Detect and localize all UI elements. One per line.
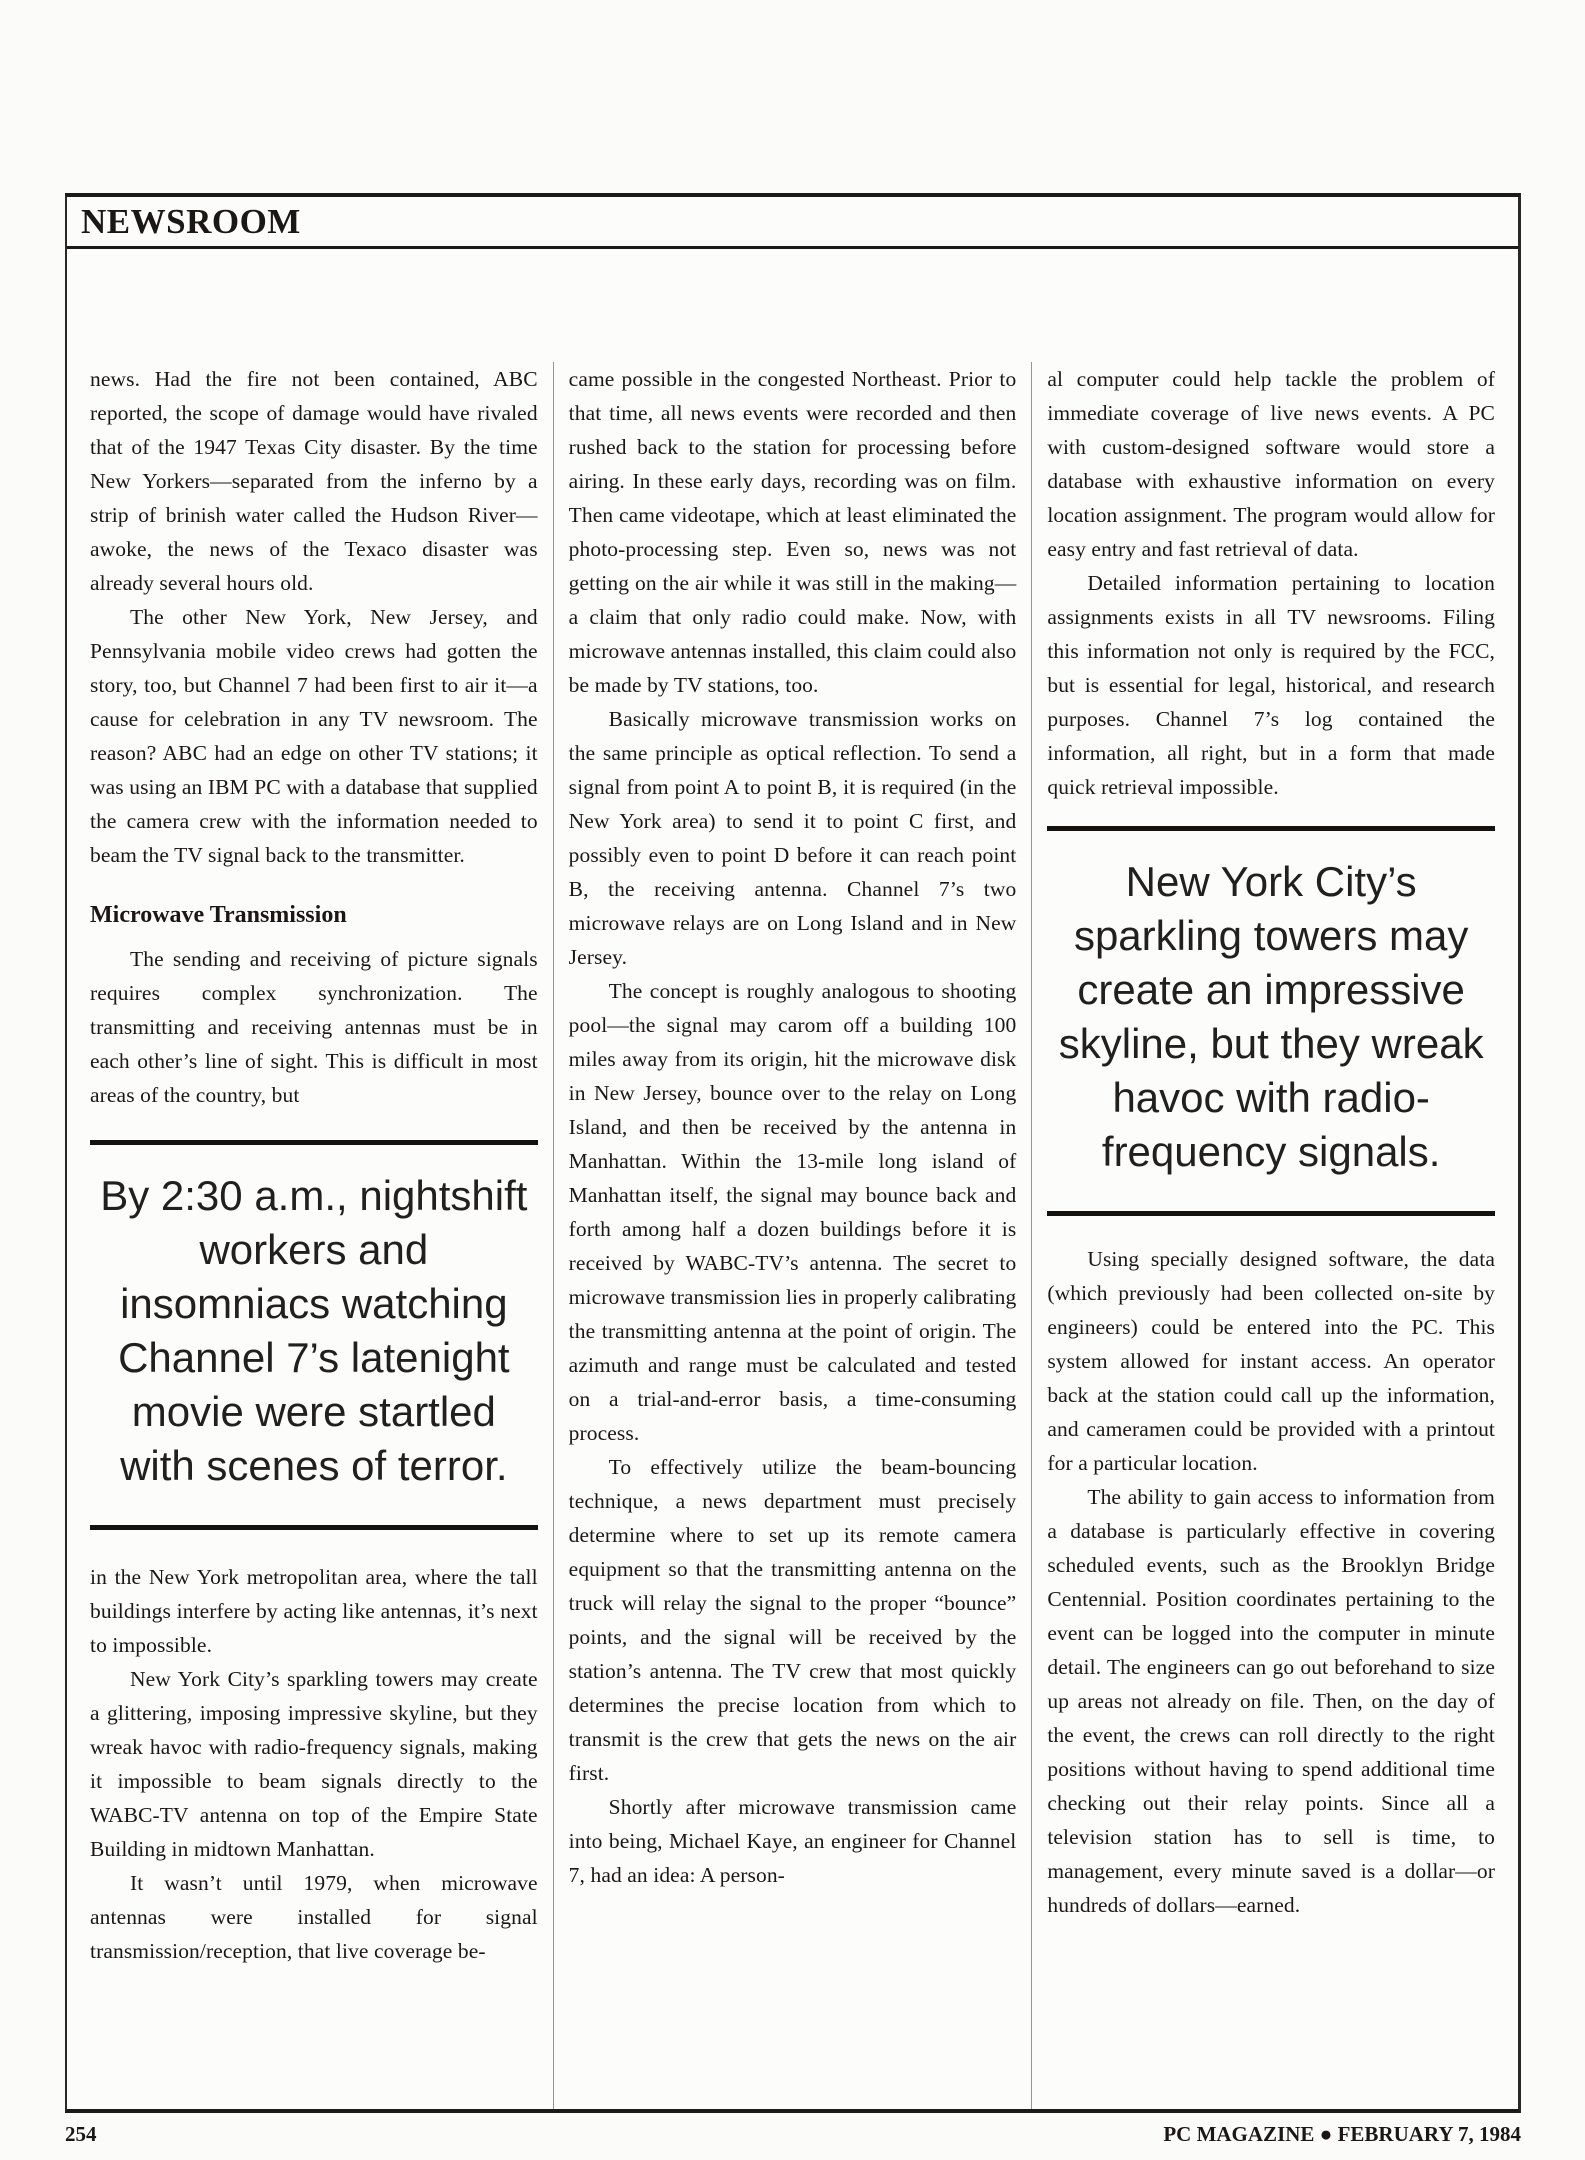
magazine-page: NEWSROOM news. Had the fire not been con… xyxy=(65,193,1521,2113)
paragraph: To effectively utilize the beam-bouncing… xyxy=(569,1450,1017,1790)
paragraph: news. Had the fire not been contained, A… xyxy=(90,362,538,600)
paragraph: The sending and receiving of picture sig… xyxy=(90,942,538,1112)
column-2: came possible in the congested Northeast… xyxy=(553,362,1032,2109)
article-columns: news. Had the fire not been contained, A… xyxy=(67,249,1518,2109)
column-1: news. Had the fire not been contained, A… xyxy=(75,362,553,2109)
page-title: NEWSROOM xyxy=(81,202,301,242)
paragraph: al computer could help tackle the proble… xyxy=(1047,362,1495,566)
paragraph: The concept is roughly analogous to shoo… xyxy=(569,974,1017,1450)
column-3: al computer could help tackle the proble… xyxy=(1031,362,1510,2109)
paragraph: The ability to gain access to informatio… xyxy=(1047,1480,1495,1922)
newsroom-header-band: NEWSROOM xyxy=(67,197,1518,249)
section-heading: Microwave Transmission xyxy=(90,900,538,930)
paragraph: Basically microwave transmission works o… xyxy=(569,702,1017,974)
page-number: 254 xyxy=(65,2122,97,2147)
paragraph: in the New York metropolitan area, where… xyxy=(90,1560,538,1662)
paragraph: Detailed information pertaining to locat… xyxy=(1047,566,1495,804)
magazine-date: PC MAGAZINE ● FEBRUARY 7, 1984 xyxy=(1163,2122,1521,2147)
pull-quote: New York City’s sparkling towers may cre… xyxy=(1047,826,1495,1216)
paragraph: It wasn’t until 1979, when microwave ant… xyxy=(90,1866,538,1968)
paragraph: New York City’s sparkling towers may cre… xyxy=(90,1662,538,1866)
paragraph: came possible in the congested Northeast… xyxy=(569,362,1017,702)
paragraph: The other New York, New Jersey, and Penn… xyxy=(90,600,538,872)
page-footer: 254 PC MAGAZINE ● FEBRUARY 7, 1984 xyxy=(65,2122,1521,2147)
paragraph: Shortly after microwave transmission cam… xyxy=(569,1790,1017,1892)
pull-quote: By 2:30 a.m., nightshift workers and ins… xyxy=(90,1140,538,1530)
paragraph: Using specially designed software, the d… xyxy=(1047,1242,1495,1480)
